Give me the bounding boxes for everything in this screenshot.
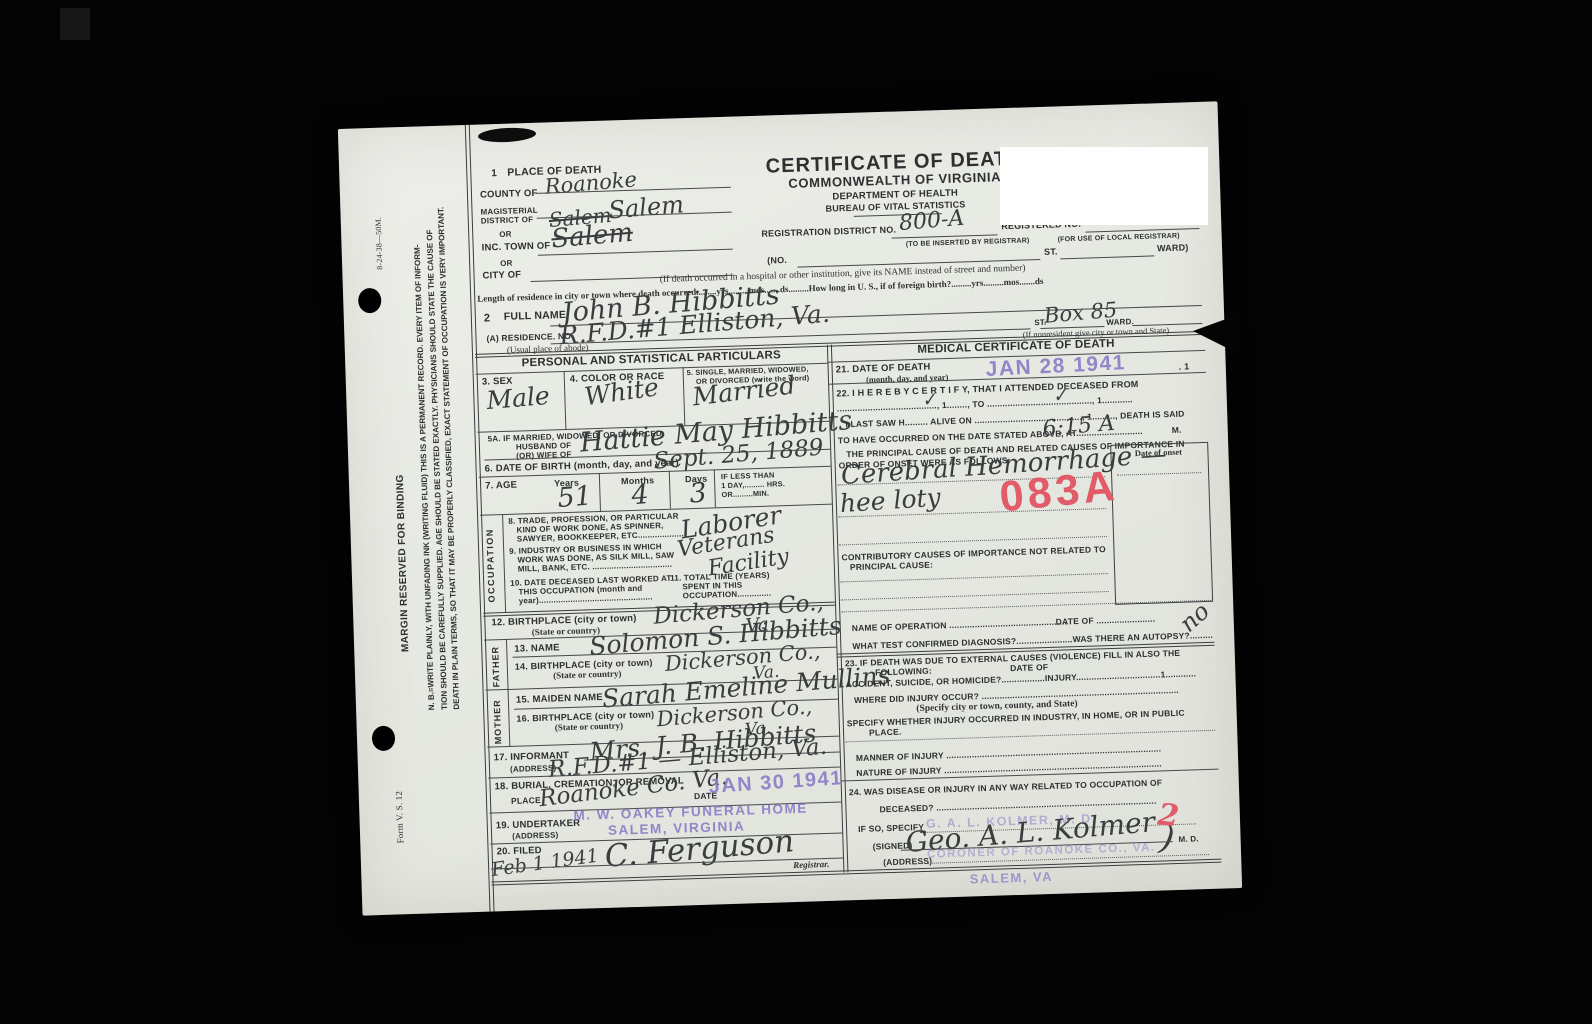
punch-hole	[358, 288, 382, 314]
magisterial-label-2: DISTRICT OF	[481, 216, 534, 226]
cause-dotline	[839, 536, 1107, 545]
age-years-value: 51	[556, 482, 592, 512]
occurred-tail: M.	[1172, 426, 1182, 436]
red-number-mark: 2	[1156, 800, 1180, 832]
mother-vertical-label: MOTHER	[493, 694, 504, 744]
death-time-value: 6:15 A	[1042, 413, 1116, 441]
burial-date-stamp: JAN 30 1941	[708, 768, 843, 797]
salem-stamp: SALEM, VA	[970, 870, 1054, 886]
edge-tear-notch	[1193, 315, 1237, 353]
age-label: 7. AGE	[485, 481, 517, 492]
street-no-label: (NO.	[767, 256, 787, 267]
date-of-injury-label: DATE OF	[1010, 663, 1048, 674]
contributory-label-1: CONTRIBUTORY CAUSES OF IMPORTANCE NOT RE…	[841, 545, 1106, 563]
sex-value: Male	[485, 383, 550, 413]
cause-of-death-value-2: hee loty	[839, 485, 941, 517]
ward-line	[1060, 255, 1154, 259]
registration-district-label: REGISTRATION DISTRICT NO.	[761, 226, 896, 240]
or-label: OR	[499, 231, 512, 240]
contributory-label-2: PRINCIPAL CAUSE:	[850, 561, 933, 573]
cell-divider	[564, 371, 567, 429]
cell-divider	[714, 469, 716, 507]
cell-divider	[683, 367, 686, 425]
lastworked-label-3: year)...................................…	[519, 593, 653, 606]
father-birthplace-note: (State or country)	[553, 669, 622, 681]
punch-hole	[372, 726, 396, 752]
or-label: OR	[500, 260, 513, 269]
contrib-dotline	[840, 573, 1108, 582]
bottom-rule	[492, 859, 1222, 886]
occupation-vertical-label: OCCUPATION	[485, 514, 498, 602]
nb-note: N. B.=WRITE PLAINLY, WITH UNFADING INK (…	[413, 280, 464, 711]
md-label: M. D.	[1178, 835, 1198, 844]
father-vertical-label: FATHER	[491, 641, 502, 687]
undertaker-address-label: (ADDRESS)	[512, 831, 559, 841]
contrib-dotline	[841, 600, 1211, 613]
mother-name-label: 15. MAIDEN NAME	[516, 693, 603, 706]
fullname-label: FULL NAME	[504, 310, 567, 323]
binding-note: MARGIN RESERVED FOR BINDING	[393, 413, 413, 713]
related-occupation-label-1: 24. WAS DISEASE OR INJURY IN ANY WAY REL…	[849, 778, 1163, 797]
inc-town-label: INC. TOWN OF	[482, 241, 551, 254]
specify-injury-label-1: SPECIFY WHETHER INJURY OCCURRED IN INDUS…	[847, 709, 1185, 729]
date-of-death-tail: . 1	[1179, 362, 1190, 372]
age-months-value: 4	[630, 481, 649, 509]
burial-place-label: PLACE	[511, 796, 541, 806]
group-divider	[508, 689, 511, 747]
contrib-dotline	[841, 591, 1109, 600]
group-divider	[506, 639, 509, 691]
registrar-label: Registrar.	[793, 860, 830, 871]
age-days-value: 3	[688, 479, 707, 507]
undertaker-label: 19. UNDERTAKER	[496, 819, 581, 832]
operation-label: NAME OF OPERATION ......................…	[852, 617, 1067, 633]
county-value: Roanoke	[544, 169, 638, 198]
print-code: 8-24-38—50M.	[374, 200, 385, 270]
registrar-insert-note: (TO BE INSERTED BY REGISTRAR)	[906, 237, 1030, 249]
form-number: Form V. S. 12	[394, 771, 406, 843]
redaction-box	[1000, 147, 1208, 225]
group-divider	[502, 514, 506, 613]
city-label: CITY OF	[482, 270, 521, 282]
county-label: COUNTY OF	[480, 189, 538, 201]
father-name-label: 13. NAME	[514, 643, 560, 655]
mother-birthplace-note: (State or country)	[555, 721, 624, 733]
registration-district-value: 800-A	[898, 208, 965, 235]
street-st-label: ST.	[1044, 247, 1058, 257]
cell-divider	[669, 471, 671, 509]
place-of-death-number: 1	[491, 168, 497, 179]
fullname-number: 2	[484, 312, 491, 324]
ifless-label-3: OR.........MIN.	[721, 490, 769, 500]
specify-injury-label-2: PLACE.	[869, 728, 902, 738]
street-ward-label: WARD)	[1157, 243, 1189, 254]
inc-town-value: Salem	[550, 220, 634, 253]
cell-divider	[599, 473, 601, 511]
scan-artifact	[60, 8, 90, 40]
scanned-death-certificate: 8-24-38—50M. MARGIN RESERVED FOR BINDING…	[0, 0, 1592, 1024]
operation-date-label: DATE OF .......................	[1056, 615, 1156, 627]
